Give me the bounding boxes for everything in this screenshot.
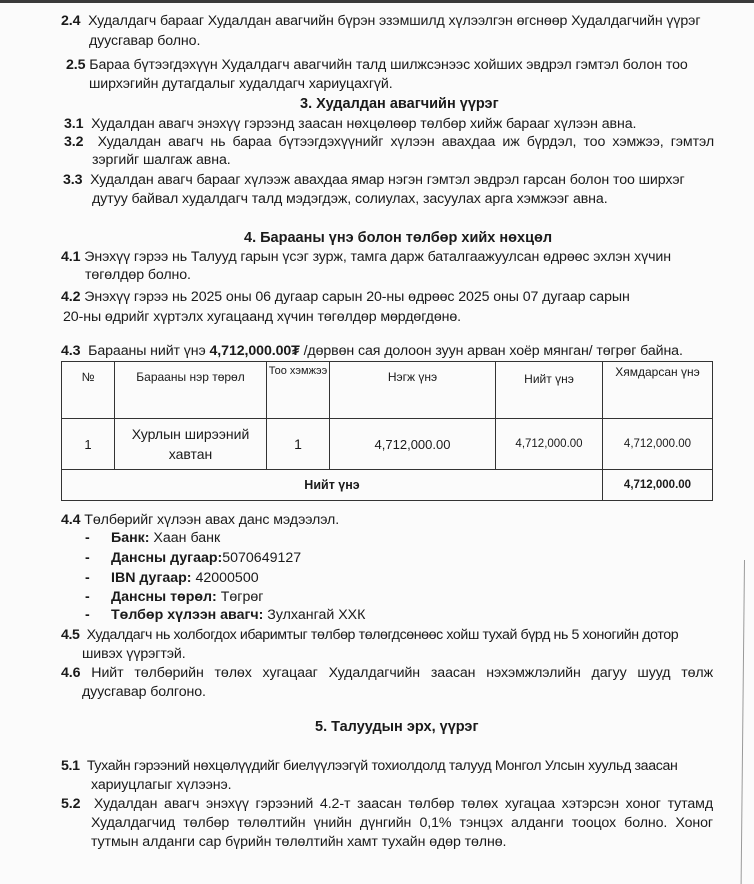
cell-qty: 1 bbox=[267, 419, 330, 470]
total-value: 4,712,000.00 bbox=[603, 470, 713, 501]
goods-table: № Барааны нэр төрөл Тоо хэмжээ Нэгж үнэ … bbox=[61, 361, 713, 501]
clause-5-2-line-2: Худалдагчид төлбөр төлөлтийн үнийн дүнги… bbox=[91, 815, 713, 832]
clause-4-5-line-1: 4.5 Худалдагч нь холбогдох ибаримтыг төл… bbox=[61, 627, 678, 644]
clause-2-5-line-2: ширхэгийн дутагдалыг худалдагч хариуцахг… bbox=[89, 76, 393, 93]
cell-total-price: 4,712,000.00 bbox=[496, 419, 603, 470]
header-name: Барааны нэр төрөл bbox=[115, 362, 267, 419]
bank-item: -Банк: Хаан банк bbox=[85, 530, 220, 546]
clause-2-4-line-1: 2.4 Худалдагч барааг Худалдан авагчийн б… bbox=[61, 13, 700, 30]
clause-4-4: 4.4 Төлбөрийг хүлээн авах данс мэдээлэл. bbox=[61, 512, 339, 529]
clause-5-2-line-1: 5.2 Худалдан авагч энэхүү гэрээний 4.2-т… bbox=[61, 796, 713, 813]
clause-4-3: 4.3 Барааны нийт үнэ 4,712,000.00₮ /дөрв… bbox=[61, 343, 683, 360]
account-number-item: -Дансны дугаар:5070649127 bbox=[85, 550, 301, 566]
cell-no: 1 bbox=[62, 419, 115, 470]
ibn-item: -IBN дугаар: 42000500 bbox=[85, 570, 259, 586]
header-total-price: Нийт үнэ bbox=[496, 362, 603, 419]
clause-3-3-line-1: 3.3 Худалдан авагч барааг хүлээж авахдаа… bbox=[63, 172, 685, 189]
clause-4-5-line-2: шивэх үүрэгтэй. bbox=[82, 646, 186, 663]
clause-3-2-line-1: 3.2 Худалдан авагч нь бараа бүтээгдэхүүн… bbox=[64, 134, 714, 151]
table-total-row: Нийт үнэ 4,712,000.00 bbox=[62, 470, 713, 501]
cell-name: Хурлын ширээний хавтан bbox=[115, 419, 267, 470]
cell-unit-price: 4,712,000.00 bbox=[330, 419, 496, 470]
clause-4-2-line-2: 20-ны өдрийг хүртэлх хугацаанд хүчин төг… bbox=[63, 309, 461, 326]
clause-5-2-line-3: тутмын алданги сар бүрийн төлөлтийн хамт… bbox=[91, 834, 506, 851]
table-header-row: № Барааны нэр төрөл Тоо хэмжээ Нэгж үнэ … bbox=[62, 362, 713, 419]
clause-4-2-line-1: 4.2 Энэхүү гэрээ нь 2025 оны 06 дугаар с… bbox=[61, 289, 630, 306]
clause-4-1-line-2: төгөлдөр болно. bbox=[85, 267, 191, 284]
clause-4-6-line-2: дуусгавар болгоно. bbox=[82, 684, 206, 701]
header-unit-price: Нэгж үнэ bbox=[330, 362, 496, 419]
clause-4-6-line-1: 4.6 Нийт төлбөрийн төлөх хугацааг Худалд… bbox=[61, 665, 713, 682]
table-row: 1 Хурлын ширээний хавтан 1 4,712,000.00 … bbox=[62, 419, 713, 470]
account-type-item: -Дансны төрөл: Төгрөг bbox=[85, 589, 263, 605]
total-amount: 4,712,000.00₮ bbox=[210, 343, 300, 359]
clause-2-4-line-2: дуусгавар болно. bbox=[89, 33, 200, 50]
clause-2-5-line-1: 2.5 Бараа бүтээгдэхүүн Худалдагч авагчий… bbox=[66, 57, 688, 74]
contract-page: 2.4 Худалдагч барааг Худалдан авагчийн б… bbox=[0, 0, 754, 884]
total-label: Нийт үнэ bbox=[62, 470, 603, 501]
clause-3-3-line-2: дутуу байвал худалдагч талд мэдэгдэж, со… bbox=[92, 191, 608, 208]
clause-5-1-line-1: 5.1 Тухайн гэрээний нөхцөлүүдийг биелүүл… bbox=[61, 758, 678, 775]
header-qty: Тоо хэмжээ bbox=[267, 362, 330, 419]
section-3-heading: 3. Худалдан авагчийн үүрэг bbox=[300, 96, 499, 112]
clause-5-1-line-2: хариуцлагыг хүлээнэ. bbox=[91, 777, 231, 794]
section-4-heading: 4. Барааны үнэ болон төлбөр хийх нөхцөл bbox=[244, 230, 552, 246]
header-discount-price: Хямдарсан үнэ bbox=[603, 362, 713, 419]
cell-discount-price: 4,712,000.00 bbox=[603, 419, 713, 470]
clause-3-1: 3.1 Худалдан авагч энэхүү гэрээнд заасан… bbox=[64, 116, 636, 133]
header-no: № bbox=[62, 362, 115, 419]
clause-3-2-line-2: зэргийг шалгаж авна. bbox=[92, 152, 231, 169]
recipient-item: -Төлбөр хүлээн авагч: Зулхангай ХХК bbox=[85, 607, 365, 623]
section-5-heading: 5. Талуудын эрх, үүрэг bbox=[315, 719, 478, 735]
clause-4-1-line-1: 4.1 Энэхүү гэрээ нь Талууд гарын үсэг зу… bbox=[61, 249, 671, 266]
